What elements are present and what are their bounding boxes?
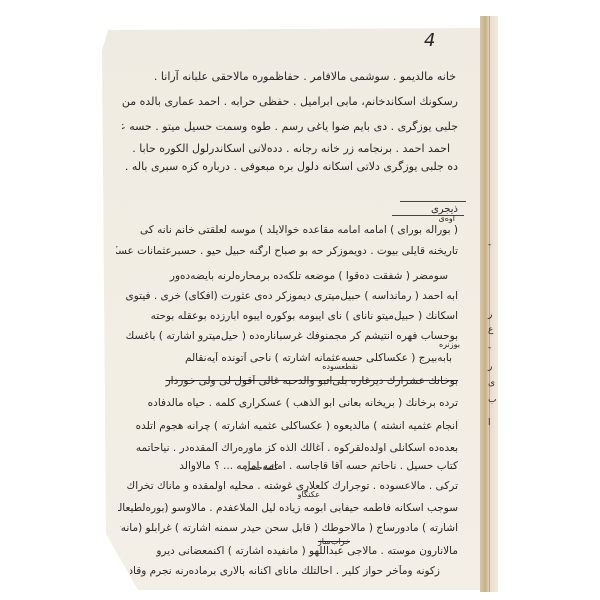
text-line: بوحساب فهره انتیشم کر مجمنوفك غرسباناره‌… xyxy=(120,330,458,342)
text-line: زکونه ومآخر حواز کلیر . احالتلك مانای اک… xyxy=(130,565,440,577)
margin-mark: - xyxy=(488,343,491,353)
text-line: ( بوراله بوراى ) امامه امامه مقاعده خوال… xyxy=(122,224,458,236)
text-line-struck: بوخانك عشرارك دیرغاره بلی‌اتبو والدحبه غ… xyxy=(120,375,458,387)
margin-mark: ر xyxy=(488,362,492,372)
margin-mark: - xyxy=(488,240,491,250)
text-line: سوجب اسکانه فاطمه حیفابی ابومه زیاده لیل… xyxy=(118,502,458,514)
text-line: ابه احمد ( رمانداسه ) حبیل‌میتری دیموزکر… xyxy=(118,290,458,302)
text-line: احمد احمد . برنجامه زر خانه رجانه . دده‌… xyxy=(130,142,450,155)
text-line: انجام عثمیه انشته ) مالدیعوه ( عکساکلی ع… xyxy=(120,420,458,432)
text-line: سومضر ( شفقت ده‌قوا ) موضعه تلکه‌ده برمح… xyxy=(152,270,448,282)
interlinear-note: خراب‌ساز xyxy=(300,537,350,546)
margin-mark: ع xyxy=(488,325,493,335)
text-line: اشارته ) مادورساج ( مالاحوطك ( قابل سحن … xyxy=(120,522,458,534)
text-line: جلبی یوزگری . دی بایم ضوا یاغی رسم . طوه… xyxy=(122,120,458,133)
margin-mark: ى xyxy=(488,378,495,388)
margin-mark: ب xyxy=(488,395,496,405)
margin-mark: ر xyxy=(488,310,492,320)
text-line: ترکی . مالاعسوده . توجرارك کلعلارى غوشته… xyxy=(118,480,458,492)
text-line: تاریخنه قایلی بیوت . دویموزکر حه بو صباح… xyxy=(116,245,458,257)
page-number: 4 xyxy=(424,30,435,51)
text-line: کتاب حسیل . ناحاتم حسه آقا قاجاسه . امام… xyxy=(120,460,458,472)
text-line: اسکانك ( حبیل‌میتو نانای ) نای ایبومه بو… xyxy=(118,310,458,322)
text-line: ده جلبی یوزگری دلاتی اسکانه دلول بره مبع… xyxy=(120,160,458,173)
margin-mark: ا xyxy=(488,418,491,428)
text-line: بابه‌بیرج ( عکساکلی حسه‌عثمانه اشارته ) … xyxy=(126,352,452,364)
divider-line-top xyxy=(400,201,466,202)
interlinear-note: بوزنره xyxy=(410,340,460,349)
interlinear-note: نقطعسوده xyxy=(308,362,358,371)
interlinear-note: عکنگاو xyxy=(290,490,320,499)
spine-fold-line xyxy=(489,16,490,592)
interlinear-note: اوه‌ى xyxy=(425,214,455,223)
text-line: خانه مالدیمو . سوشمی مالافامر . حفاظموره… xyxy=(136,70,456,83)
text-line: ترده برخانك ( بریخانه بعانی ابو الذهب ) … xyxy=(120,397,458,409)
text-line: بعده‌ده اسکانلی اولده‌لقرکوه . آغالك الذ… xyxy=(130,442,458,454)
interlinear-note: کلمه‌حضی xyxy=(238,463,278,472)
text-line: رسکونك اسکاندخانم، مابی ابرامیل . حفظی ح… xyxy=(118,95,458,108)
text-line: مالانارون موسته . مالاجی عبداللهو ( مانف… xyxy=(124,545,458,557)
